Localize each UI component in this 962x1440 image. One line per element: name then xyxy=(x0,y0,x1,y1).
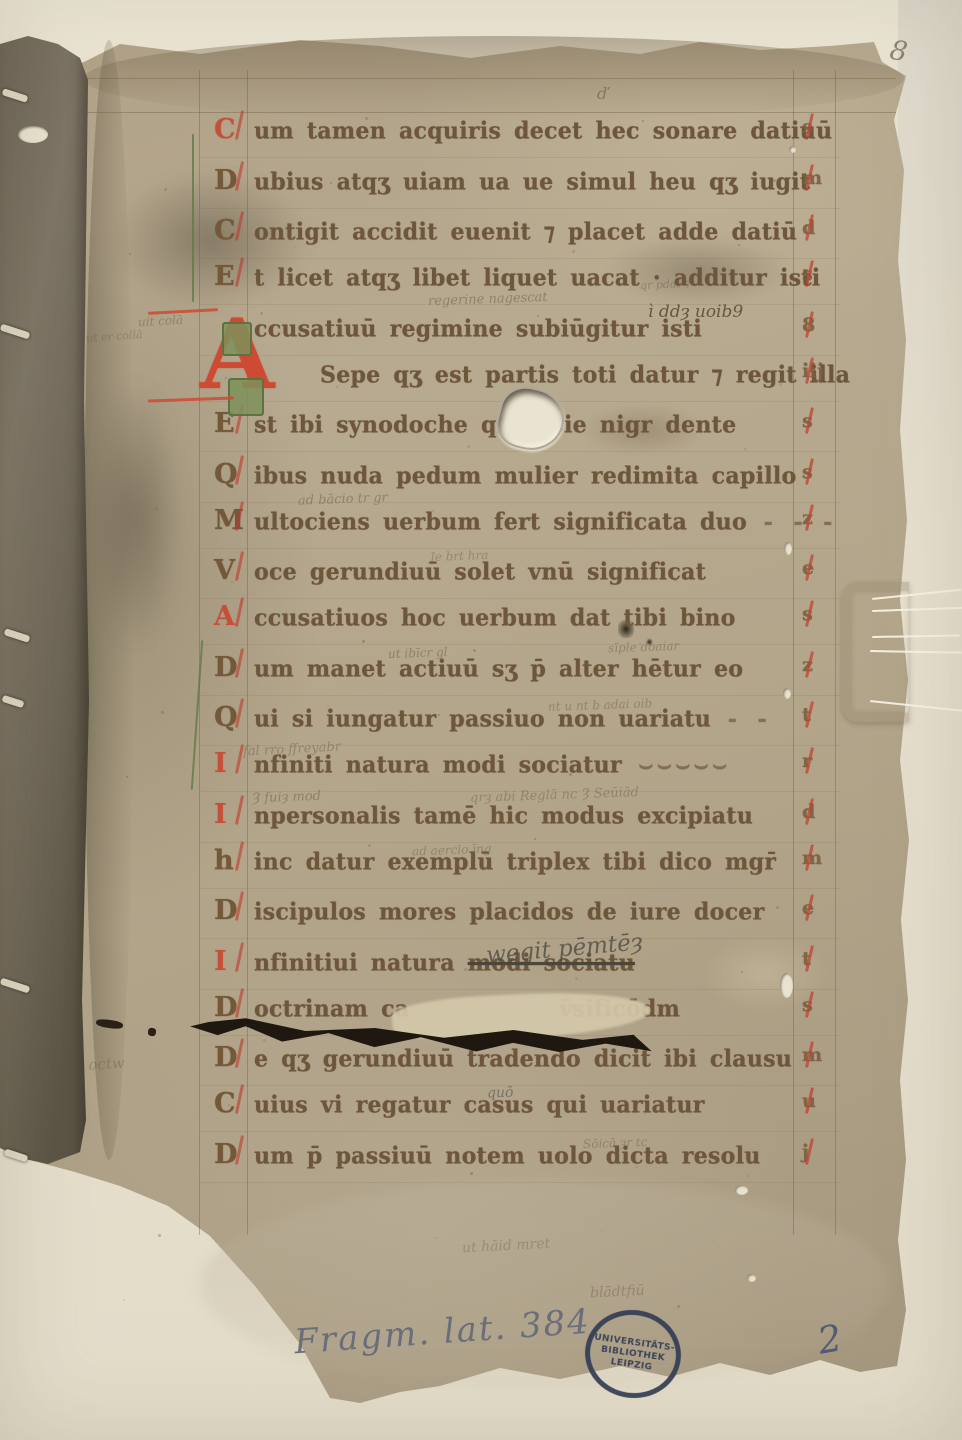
line-text: nfiniti natura modi sociatur ⌣⌣⌣⌣⌣ xyxy=(254,752,731,779)
red-slash-mark xyxy=(805,554,814,581)
interlinear-gloss: sīple doaiar xyxy=(608,639,680,655)
margin-letter: s xyxy=(802,263,813,285)
red-slash-mark xyxy=(805,1041,814,1068)
red-slash-mark xyxy=(805,1138,814,1165)
line-initial: Q xyxy=(214,702,238,733)
manuscript-line: Qibus nuda pedum mulier redimita capillo… xyxy=(200,453,840,503)
manuscript-line: Contigit accidit euenit ⁊ placet adde da… xyxy=(200,209,840,259)
red-slash-mark xyxy=(805,407,814,434)
line-text: e qʒ gerundiuū tradendo dicit ibi clausu xyxy=(254,1046,792,1073)
red-slash-mark xyxy=(235,942,244,972)
line-initial: D xyxy=(214,992,238,1023)
margin-letter: s xyxy=(802,603,813,625)
margin-letter: s xyxy=(802,116,813,138)
line-text: um p̄ passiuū notem uolo dicta resolu xyxy=(254,1142,761,1169)
interlinear-gloss: ď xyxy=(597,84,607,103)
interlinear-gloss: Sōicā ȝr tc xyxy=(583,1135,648,1151)
red-slash-mark xyxy=(805,991,814,1018)
line-initial: C xyxy=(214,114,236,145)
small-hole xyxy=(747,1274,756,1282)
margin-letter: j xyxy=(802,1141,809,1163)
margin-letter: s xyxy=(802,410,813,432)
interlinear-gloss: Ȝ fuiȝ mod xyxy=(252,789,321,806)
interlinear-gloss: qr pdat ⁊ xyxy=(640,277,690,293)
line-initial: D xyxy=(214,652,238,683)
red-slash-mark xyxy=(235,1084,244,1114)
line-text: ccusatiuos hoc uerbum dat tibi bino xyxy=(254,604,736,631)
manuscript-line: hinc datur exemplū triplex tibi dico mgr… xyxy=(200,839,840,889)
interlinear-gloss: uit colā xyxy=(138,313,184,329)
margin-letter: iij xyxy=(802,360,824,382)
margin-letter: 8 xyxy=(802,314,816,336)
red-slash-mark xyxy=(805,458,814,485)
margin-letter: e xyxy=(802,897,814,919)
line-text: Sepe qʒ est partis toti datur ⁊ regit il… xyxy=(320,361,850,388)
red-slash-mark xyxy=(805,1087,814,1114)
red-slash-mark xyxy=(805,945,814,972)
line-text: ubius atqʒ uiam ua ue simul heu qʒ iugit xyxy=(254,168,810,195)
spine-chip xyxy=(18,126,48,143)
ruled-horizontal-line xyxy=(84,78,896,79)
manuscript-line: Dum manet actiuū sʒ p̄ alter hētur eoz xyxy=(200,646,840,696)
line-initial: V xyxy=(214,555,235,586)
line-initial: E xyxy=(214,261,235,292)
line-initial: D xyxy=(214,165,238,196)
margin-letter: e xyxy=(802,557,814,579)
margin-letter: r xyxy=(802,750,812,772)
line-text: inc datur exemplū triplex tibi dico mgr̄ xyxy=(254,848,776,875)
manuscript-line: Qui si iungatur passiuo non uariatu ‑ ‑t xyxy=(200,696,840,746)
margin-letter: t xyxy=(802,704,811,726)
red-slash-mark xyxy=(805,357,814,384)
margin-letter: m xyxy=(802,847,822,869)
margin-letter: t xyxy=(802,948,811,970)
line-text: npersonalis tamē hic modus excipiatu xyxy=(254,802,753,829)
manuscript-line: Multociens uerbum fert significata duo ‑… xyxy=(200,499,840,549)
line-text: ultociens uerbum fert significata duo ‑ … xyxy=(254,508,836,535)
line-text: ui si iungatur passiuo non uariatu ‑ ‑ xyxy=(254,706,771,733)
line-initial: I xyxy=(214,946,227,977)
margin-letter: z xyxy=(802,654,813,676)
small-hole xyxy=(784,542,792,555)
speck xyxy=(158,1234,161,1237)
line-text: ccusatiuū regimine subiūgitur isti xyxy=(254,315,702,342)
interlinear-gloss: blādtfiū xyxy=(590,1283,645,1302)
red-slash-mark xyxy=(805,214,814,241)
margin-letter: d xyxy=(802,801,816,823)
red-slash-mark xyxy=(805,113,814,140)
manuscript-line: Cuius vi regatur casus qui uariaturu xyxy=(200,1082,840,1132)
red-slash-mark xyxy=(805,260,814,287)
interlinear-gloss: quō xyxy=(487,1085,514,1102)
line-initial: I xyxy=(214,748,227,779)
manuscript-line: Dubius atqʒ uiam ua ue simul heu qʒ iugi… xyxy=(200,159,840,209)
line-text: oce gerundiuū solet vnū significat xyxy=(254,559,706,586)
red-slash-mark xyxy=(235,795,244,825)
red-slash-mark xyxy=(805,844,814,871)
line-text: st ibi synodoche qn̄ facie nigr dente xyxy=(254,412,736,439)
small-hole xyxy=(780,973,793,998)
line-text: uius vi regatur casus qui uariatur xyxy=(254,1091,705,1118)
red-slash-mark xyxy=(805,311,814,338)
red-slash-mark xyxy=(235,597,244,627)
red-slash-mark xyxy=(235,211,244,241)
small-hole xyxy=(789,146,796,153)
binding-spine xyxy=(0,0,92,1180)
manuscript-line: Dum p̄ passiuū notem uolo dicta resoluj xyxy=(200,1133,840,1183)
line-initial: D xyxy=(214,1139,238,1170)
margin-letter: u xyxy=(802,1090,816,1112)
margin-letter: m xyxy=(802,1044,822,1066)
line-initial: D xyxy=(214,895,238,926)
manuscript-line: Cum tamen acquiris decet hec sonare dati… xyxy=(200,108,840,158)
interlinear-gloss: ut ibīcr gl xyxy=(388,645,448,661)
red-slash-mark xyxy=(805,651,814,678)
margin-letter: m xyxy=(802,167,822,189)
line-initial: I xyxy=(214,799,227,830)
red-slash-mark xyxy=(805,504,814,531)
green-margin-line xyxy=(192,134,194,302)
red-slash-mark xyxy=(235,110,244,140)
line-text: t licet atqʒ libet liquet uacat · additu… xyxy=(254,265,820,292)
initial-green-panel xyxy=(222,322,252,356)
line-initial: C xyxy=(214,1088,236,1119)
margin-letter: s xyxy=(802,461,813,483)
red-slash-mark xyxy=(805,701,814,728)
line-text: um tamen acquiris decet hec sonare datiu… xyxy=(254,117,832,144)
margin-letter: z xyxy=(802,507,813,529)
small-hole xyxy=(735,1185,748,1195)
margin-letter: s xyxy=(802,994,813,1016)
line-initial: C xyxy=(214,215,236,246)
small-hole xyxy=(783,688,791,699)
red-slash-mark xyxy=(805,894,814,921)
line-text: um manet actiuū sʒ p̄ alter hētur eo xyxy=(254,655,743,682)
red-slash-mark xyxy=(805,798,814,825)
interlinear-gloss: ad aercio īng xyxy=(412,842,492,859)
red-slash-mark xyxy=(235,257,244,287)
red-slash-mark xyxy=(235,841,244,871)
line-initial: A xyxy=(214,601,235,632)
margin-letter: d xyxy=(802,217,816,239)
manuscript-line: Voce gerundiuū solet vnū significate xyxy=(200,549,840,599)
line-text: iscipulos mores placidos de iure docer xyxy=(254,899,764,926)
interlinear-gloss: ì ddȝ uoib9 xyxy=(648,302,743,322)
line-initial: D xyxy=(214,1042,238,1073)
big-red-initial: A xyxy=(200,306,310,416)
line-text: ontigit accidit euenit ⁊ placet adde dat… xyxy=(254,219,797,246)
red-slash-mark xyxy=(805,747,814,774)
line-text: ibus nuda pedum mulier redimita capillo xyxy=(254,462,797,489)
speck xyxy=(123,1299,125,1301)
interlinear-gloss: Je brt hra xyxy=(430,548,489,564)
line-initial: Q xyxy=(214,459,238,490)
manuscript-line: Accusatiuos hoc uerbum dat tibi binos xyxy=(200,595,840,645)
manuscript-photo: Cum tamen acquiris decet hec sonare dati… xyxy=(0,0,962,1440)
red-slash-mark xyxy=(805,600,814,627)
line-initial: h xyxy=(214,845,234,876)
red-slash-mark xyxy=(805,164,814,191)
manuscript-line: Discipulos mores placidos de iure docere xyxy=(200,889,840,939)
red-slash-mark xyxy=(235,551,244,581)
interlinear-gloss: ad bācio tr gr xyxy=(298,490,388,508)
